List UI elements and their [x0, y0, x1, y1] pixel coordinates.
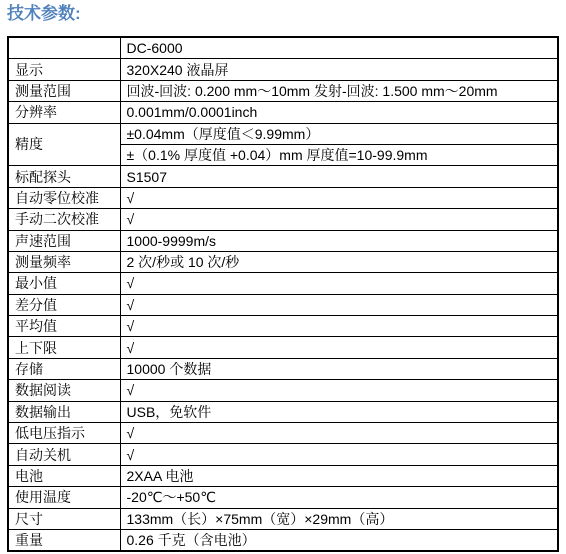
spec-value-cell: √: [120, 316, 558, 337]
spec-label-cell: [8, 37, 120, 59]
table-row: 声速范围1000-9999m/s: [8, 230, 558, 251]
spec-value-cell: -20℃～+50℃: [120, 487, 558, 508]
spec-value-cell: √: [120, 444, 558, 465]
spec-value-cell: 0.26 千克（含电池）: [120, 529, 558, 551]
document-page: 技术参数: DC-6000显示320X240 液晶屏测量范围回波-回波: 0.2…: [0, 0, 566, 552]
table-row: 手动二次校准√: [8, 209, 558, 230]
table-row: 上下限√: [8, 337, 558, 358]
specs-table-body: DC-6000显示320X240 液晶屏测量范围回波-回波: 0.200 mm～…: [8, 37, 558, 551]
spec-label-cell: 存储: [8, 358, 120, 379]
spec-value-cell: USB，免软件: [120, 401, 558, 422]
spec-value-cell: S1507: [120, 166, 558, 187]
spec-value-cell: √: [120, 209, 558, 230]
table-row: 最小值√: [8, 273, 558, 294]
table-row: 数据阅读√: [8, 380, 558, 401]
spec-value-cell: √: [120, 337, 558, 358]
spec-value-cell: 320X240 液晶屏: [120, 59, 558, 80]
spec-label-cell: 电池: [8, 465, 120, 486]
table-row: 低电压指示√: [8, 423, 558, 444]
section-title: 技术参数:: [7, 3, 566, 25]
spec-value-cell: 10000 个数据: [120, 358, 558, 379]
spec-label-cell: 手动二次校准: [8, 209, 120, 230]
table-row: 显示320X240 液晶屏: [8, 59, 558, 80]
table-row: 精度±0.04mm（厚度值＜9.99mm）: [8, 123, 558, 144]
table-row: 使用温度-20℃～+50℃: [8, 487, 558, 508]
spec-value-cell: √: [120, 187, 558, 208]
spec-label-cell: 最小值: [8, 273, 120, 294]
table-row: 测量范围回波-回波: 0.200 mm～10mm 发射-回波: 1.500 mm…: [8, 80, 558, 101]
spec-label-cell: 精度: [8, 123, 120, 166]
spec-value-cell: DC-6000: [120, 37, 558, 59]
spec-label-cell: 测量范围: [8, 80, 120, 101]
spec-label-cell: 标配探头: [8, 166, 120, 187]
spec-value-cell: 133mm（长）×75mm（宽）×29mm（高）: [120, 508, 558, 529]
table-row: 标配探头S1507: [8, 166, 558, 187]
table-row: 数据输出USB，免软件: [8, 401, 558, 422]
table-row: 差分值√: [8, 294, 558, 315]
table-row: 自动零位校准√: [8, 187, 558, 208]
spec-value-cell: √: [120, 273, 558, 294]
spec-value-cell: √: [120, 380, 558, 401]
table-row: 重量0.26 千克（含电池）: [8, 529, 558, 551]
spec-label-cell: 数据阅读: [8, 380, 120, 401]
spec-label-cell: 低电压指示: [8, 423, 120, 444]
spec-label-cell: 尺寸: [8, 508, 120, 529]
spec-label-cell: 使用温度: [8, 487, 120, 508]
spec-label-cell: 分辨率: [8, 102, 120, 123]
spec-label-cell: 声速范围: [8, 230, 120, 251]
table-row: 存储10000 个数据: [8, 358, 558, 379]
table-row: 平均值√: [8, 316, 558, 337]
spec-label-cell: 自动零位校准: [8, 187, 120, 208]
spec-value-cell: √: [120, 423, 558, 444]
spec-label-cell: 重量: [8, 529, 120, 551]
spec-label-cell: 上下限: [8, 337, 120, 358]
table-row: 测量频率2 次/秒或 10 次/秒: [8, 251, 558, 272]
spec-value-cell: 回波-回波: 0.200 mm～10mm 发射-回波: 1.500 mm～20m…: [120, 80, 558, 101]
spec-value-cell: 0.001mm/0.0001inch: [120, 102, 558, 123]
spec-value-cell: √: [120, 294, 558, 315]
spec-label-cell: 数据输出: [8, 401, 120, 422]
table-row: 分辨率0.001mm/0.0001inch: [8, 102, 558, 123]
spec-label-cell: 差分值: [8, 294, 120, 315]
table-row: 尺寸133mm（长）×75mm（宽）×29mm（高）: [8, 508, 558, 529]
table-row: 电池2XAA 电池: [8, 465, 558, 486]
spec-label-cell: 显示: [8, 59, 120, 80]
specs-table: DC-6000显示320X240 液晶屏测量范围回波-回波: 0.200 mm～…: [7, 36, 559, 552]
spec-value-cell: ±（0.1% 厚度值 +0.04）mm 厚度值=10-99.9mm: [120, 144, 558, 165]
spec-value-cell: 1000-9999m/s: [120, 230, 558, 251]
spec-label-cell: 平均值: [8, 316, 120, 337]
spec-value-cell: 2XAA 电池: [120, 465, 558, 486]
spec-label-cell: 自动关机: [8, 444, 120, 465]
table-row: 自动关机√: [8, 444, 558, 465]
table-row: DC-6000: [8, 37, 558, 59]
spec-value-cell: ±0.04mm（厚度值＜9.99mm）: [120, 123, 558, 144]
spec-label-cell: 测量频率: [8, 251, 120, 272]
spec-value-cell: 2 次/秒或 10 次/秒: [120, 251, 558, 272]
